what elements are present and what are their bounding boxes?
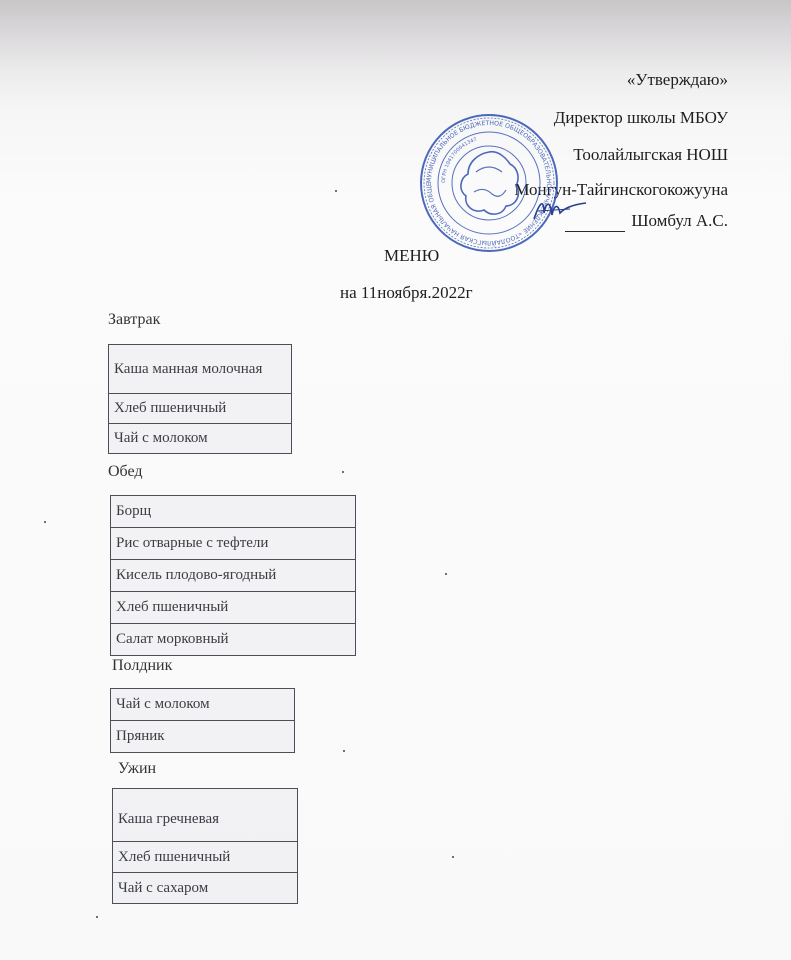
menu-item: Каша гречневая bbox=[113, 789, 298, 842]
scan-speck bbox=[452, 856, 454, 858]
menu-item: Хлеб пшеничный bbox=[113, 842, 298, 873]
table-row: Борщ bbox=[111, 496, 356, 528]
breakfast-table: Каша манная молочная Хлеб пшеничный Чай … bbox=[108, 344, 292, 454]
menu-item: Чай с молоком bbox=[111, 689, 295, 721]
table-row: Чай с молоком bbox=[111, 689, 295, 721]
approval-school: Тоолайлыгская НОШ bbox=[573, 143, 728, 166]
menu-item: Пряник bbox=[111, 721, 295, 753]
table-row: Салат морковный bbox=[111, 624, 356, 656]
scan-speck bbox=[445, 573, 447, 575]
scan-speck bbox=[343, 750, 345, 752]
scan-speck bbox=[335, 190, 337, 192]
menu-item: Каша манная молочная bbox=[109, 345, 292, 394]
section-label-breakfast: Завтрак bbox=[108, 311, 160, 329]
menu-item: Чай с молоком bbox=[109, 424, 292, 454]
menu-item: Борщ bbox=[111, 496, 356, 528]
table-row: Кисель плодово-ягодный bbox=[111, 560, 356, 592]
scan-speck bbox=[96, 916, 98, 918]
menu-item: Кисель плодово-ягодный bbox=[111, 560, 356, 592]
menu-item: Хлеб пшеничный bbox=[111, 592, 356, 624]
table-row: Каша гречневая bbox=[113, 789, 298, 842]
section-label-dinner: Ужин bbox=[118, 760, 156, 778]
official-stamp-icon: МУНИЦИПАЛЬНОЕ БЮДЖЕТНОЕ ОБЩЕОБРАЗОВАТЕЛЬ… bbox=[418, 112, 560, 254]
table-row: Хлеб пшеничный bbox=[109, 394, 292, 424]
dinner-table: Каша гречневая Хлеб пшеничный Чай с саха… bbox=[112, 788, 298, 904]
snack-table: Чай с молоком Пряник bbox=[110, 688, 295, 753]
menu-item: Хлеб пшеничный bbox=[109, 394, 292, 424]
table-row: Чай с молоком bbox=[109, 424, 292, 454]
menu-item: Салат морковный bbox=[111, 624, 356, 656]
lunch-table: Борщ Рис отварные с тефтели Кисель плодо… bbox=[110, 495, 356, 656]
table-row: Чай с сахаром bbox=[113, 873, 298, 904]
menu-date: на 11ноября.2022г bbox=[340, 283, 473, 303]
table-row: Пряник bbox=[111, 721, 295, 753]
approval-heading: «Утверждаю» bbox=[627, 68, 728, 91]
signature-icon bbox=[530, 195, 590, 225]
scan-speck bbox=[44, 521, 46, 523]
table-row: Рис отварные с тефтели bbox=[111, 528, 356, 560]
section-label-snack: Полдник bbox=[112, 657, 172, 675]
section-label-lunch: Обед bbox=[108, 463, 143, 481]
menu-item: Рис отварные с тефтели bbox=[111, 528, 356, 560]
scan-speck bbox=[342, 471, 344, 473]
page-title: МЕНЮ bbox=[384, 246, 439, 266]
table-row: Хлеб пшеничный bbox=[111, 592, 356, 624]
approval-position: Директор школы МБОУ bbox=[554, 106, 728, 129]
table-row: Хлеб пшеничный bbox=[113, 842, 298, 873]
table-row: Каша манная молочная bbox=[109, 345, 292, 394]
signatory-name: Шомбул А.С. bbox=[631, 209, 728, 232]
menu-item: Чай с сахаром bbox=[113, 873, 298, 904]
